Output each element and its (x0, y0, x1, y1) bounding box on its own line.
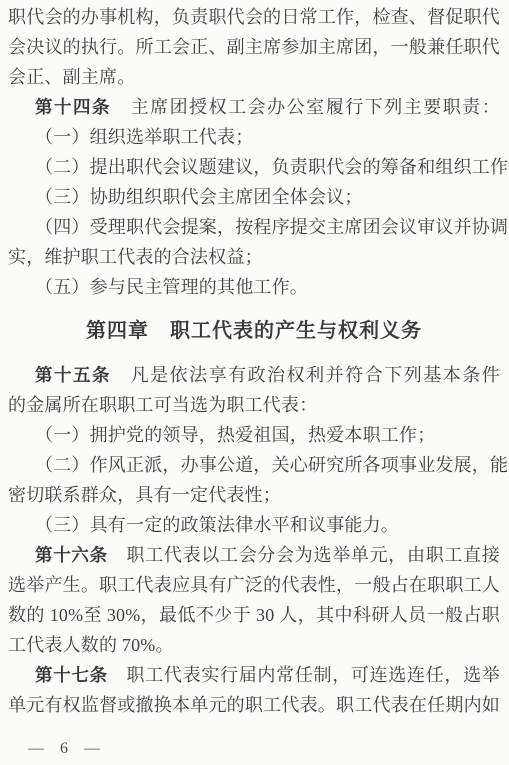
document-page: 职代会的办事机构，负责职代会的日常工作，检查、督促职代 会决议的执行。所工会正、… (0, 0, 509, 765)
text-line-article-17: 第十七条 职工代表实行届内常任制，可连选连任，选举 (8, 660, 500, 690)
line-text: （一）组织选举职工代表； (35, 127, 253, 147)
text-line: （四）受理职代会提案，按程序提交主席团会议审议并协调落 (8, 212, 500, 242)
text-line-article-15: 第十五条 凡是依法享有政治权利并符合下列基本条件 (8, 360, 500, 390)
text-line: 会决议的执行。所工会正、副主席参加主席团，一般兼任职代 (8, 32, 500, 62)
line-text: （二）提出职代会议题建议，负责职代会的筹备和组织工作； (35, 157, 509, 177)
text-line: （二）作风正派，办事公道，关心研究所各项事业发展，能 (8, 450, 500, 480)
line-text: （二）作风正派，办事公道，关心研究所各项事业发展，能 (35, 455, 508, 475)
text-line-article-14: 第十四条 主席团授权工会办公室履行下列主要职责： (8, 92, 500, 122)
line-text: 职工代表实行届内常任制，可连选连任，选举 (108, 665, 500, 685)
text-line: 密切联系群众，具有一定代表性； (8, 480, 500, 510)
line-text: 会正、副主席。 (8, 67, 135, 87)
line-text: （四）受理职代会提案，按程序提交主席团会议审议并协调落 (35, 217, 509, 237)
line-text: 选举产生。职工代表应具有广泛的代表性，一般占在职职工人 (8, 575, 500, 595)
line-text: （三）具有一定的政策法律水平和议事能力。 (35, 515, 399, 535)
text-line: 工代表人数的 70%。 (8, 630, 500, 660)
line-text: 工代表人数的 70%。 (8, 635, 174, 655)
text-line: （二）提出职代会议题建议，负责职代会的筹备和组织工作； (8, 152, 500, 182)
text-line: （五）参与民主管理的其他工作。 (8, 272, 500, 302)
chapter-heading: 第四章 职工代表的产生与权利义务 (8, 316, 500, 346)
line-text: 单元有权监督或撤换本单元的职工代表。职工代表在任期内如 (8, 695, 500, 715)
article-number: 第十五条 (35, 365, 111, 385)
page-body: 职代会的办事机构，负责职代会的日常工作，检查、督促职代 会决议的执行。所工会正、… (0, 0, 509, 720)
article-number: 第十六条 (35, 545, 108, 565)
line-text: 主席团授权工会办公室履行下列主要职责： (111, 97, 500, 117)
line-text: 会决议的执行。所工会正、副主席参加主席团，一般兼任职代 (8, 37, 500, 57)
text-line: （一）拥护党的领导，热爱祖国，热爱本职工作； (8, 420, 500, 450)
line-text: （三）协助组织职代会主席团全体会议； (35, 187, 363, 207)
text-line: 单元有权监督或撤换本单元的职工代表。职工代表在任期内如 (8, 690, 500, 720)
article-number: 第十四条 (35, 97, 111, 117)
text-line: 选举产生。职工代表应具有广泛的代表性，一般占在职职工人 (8, 570, 500, 600)
line-text: 的金属所在职职工可当选为职工代表： (8, 395, 317, 415)
text-line: （三）具有一定的政策法律水平和议事能力。 (8, 510, 500, 540)
text-line: 职代会的办事机构，负责职代会的日常工作，检查、督促职代 (8, 2, 500, 32)
text-line: 数的 10%至 30%，最低不少于 30 人，其中科研人员一般占职 (8, 600, 500, 630)
text-line: 会正、副主席。 (8, 62, 500, 92)
article-number: 第十七条 (35, 665, 108, 685)
line-text: 密切联系群众，具有一定代表性； (8, 485, 281, 505)
line-text: 数的 10%至 30%，最低不少于 30 人，其中科研人员一般占职 (8, 605, 500, 625)
line-text: （五）参与民主管理的其他工作。 (35, 277, 308, 297)
text-line: 实，维护职工代表的合法权益； (8, 242, 500, 272)
line-text: 凡是依法享有政治权利并符合下列基本条件 (111, 365, 500, 385)
text-line: （一）组织选举职工代表； (8, 122, 500, 152)
line-text: 实，维护职工代表的合法权益； (8, 247, 263, 267)
text-line: 的金属所在职职工可当选为职工代表： (8, 390, 500, 420)
text-line: （三）协助组织职代会主席团全体会议； (8, 182, 500, 212)
line-text: 职工代表以工会分会为选举单元，由职工直接 (108, 545, 500, 565)
line-text: （一）拥护党的领导，热爱祖国，热爱本职工作； (35, 425, 435, 445)
page-number: — 6 — (28, 740, 101, 758)
line-text: 职代会的办事机构，负责职代会的日常工作，检查、督促职代 (8, 7, 500, 27)
text-line-article-16: 第十六条 职工代表以工会分会为选举单元，由职工直接 (8, 540, 500, 570)
